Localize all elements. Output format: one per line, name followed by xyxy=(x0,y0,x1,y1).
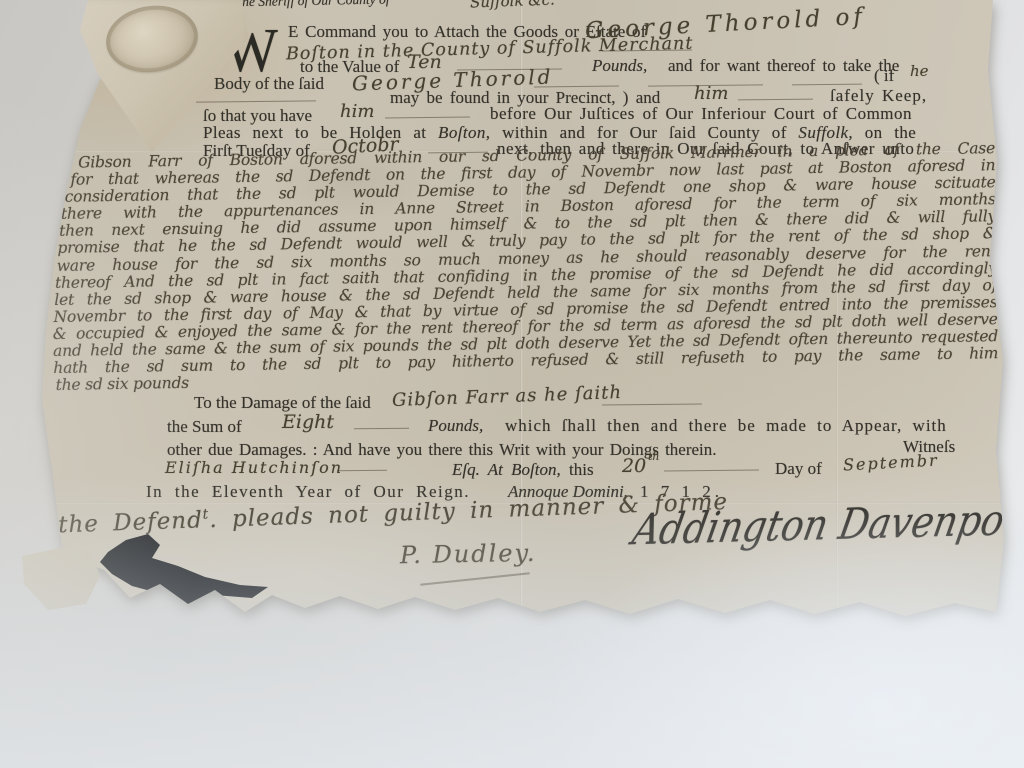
justices-print: before Our Juſtices of Our Inferiour Cou… xyxy=(490,104,912,124)
appear-print: which ſhall then and there be made to Ap… xyxy=(505,416,947,436)
pounds-word: Pounds, xyxy=(592,56,647,76)
blank-rule xyxy=(385,117,470,119)
blank-rule xyxy=(602,403,702,405)
he-handwriting: he xyxy=(910,62,929,80)
addressee-handwriting: Suffolk &c. xyxy=(470,0,555,11)
framed-document-photo: To the Sheriff of Our County of Suffolk … xyxy=(0,0,1024,768)
boston-word2: Boſton, xyxy=(511,460,561,479)
day-superscript-handwriting: th xyxy=(648,450,660,463)
blank-rule xyxy=(337,470,387,472)
plea-a: the Defend xyxy=(58,507,204,538)
want-thereof-print: and for want thereof to take the xyxy=(668,56,899,76)
day-of-print: Day of xyxy=(775,459,822,479)
boston-word: Boſton, xyxy=(438,123,490,142)
esq-word: Eſq. At xyxy=(452,460,503,479)
addressee-line: To the Sheriff of Our County of xyxy=(222,0,390,10)
sum-print: the Sum of xyxy=(167,417,242,437)
pounds-word2: Pounds, xyxy=(428,416,483,436)
day-number-handwriting: 20 xyxy=(622,455,646,477)
judge-signature: P. Dudley. xyxy=(400,539,537,569)
sum-amount-handwriting: Eight xyxy=(282,411,334,433)
body-of-said-print: Body of the ſaid xyxy=(214,74,324,94)
signature-flourish xyxy=(420,572,530,585)
blank-rule xyxy=(354,428,409,430)
blank-rule xyxy=(196,100,316,102)
damage-print: To the Damage of the ſaid xyxy=(194,393,371,413)
blank-rule xyxy=(664,470,759,472)
him2-handwriting: him xyxy=(340,101,374,122)
witness-name-handwriting: Eliſha Hutchinſon xyxy=(165,458,343,477)
if-print: ( if xyxy=(874,66,894,86)
esq-boston-print: Eſq. At Boſton, this xyxy=(452,460,594,480)
this-word: this xyxy=(569,460,594,479)
blank-rule xyxy=(738,99,813,101)
month-name-handwriting: Septembr xyxy=(843,451,940,475)
handwritten-declaration: Gibson Farr of Boston aforesd within our… xyxy=(50,140,999,394)
him-handwriting: him xyxy=(694,83,728,104)
safely-keep-print: ſafely Keep, xyxy=(830,86,927,106)
